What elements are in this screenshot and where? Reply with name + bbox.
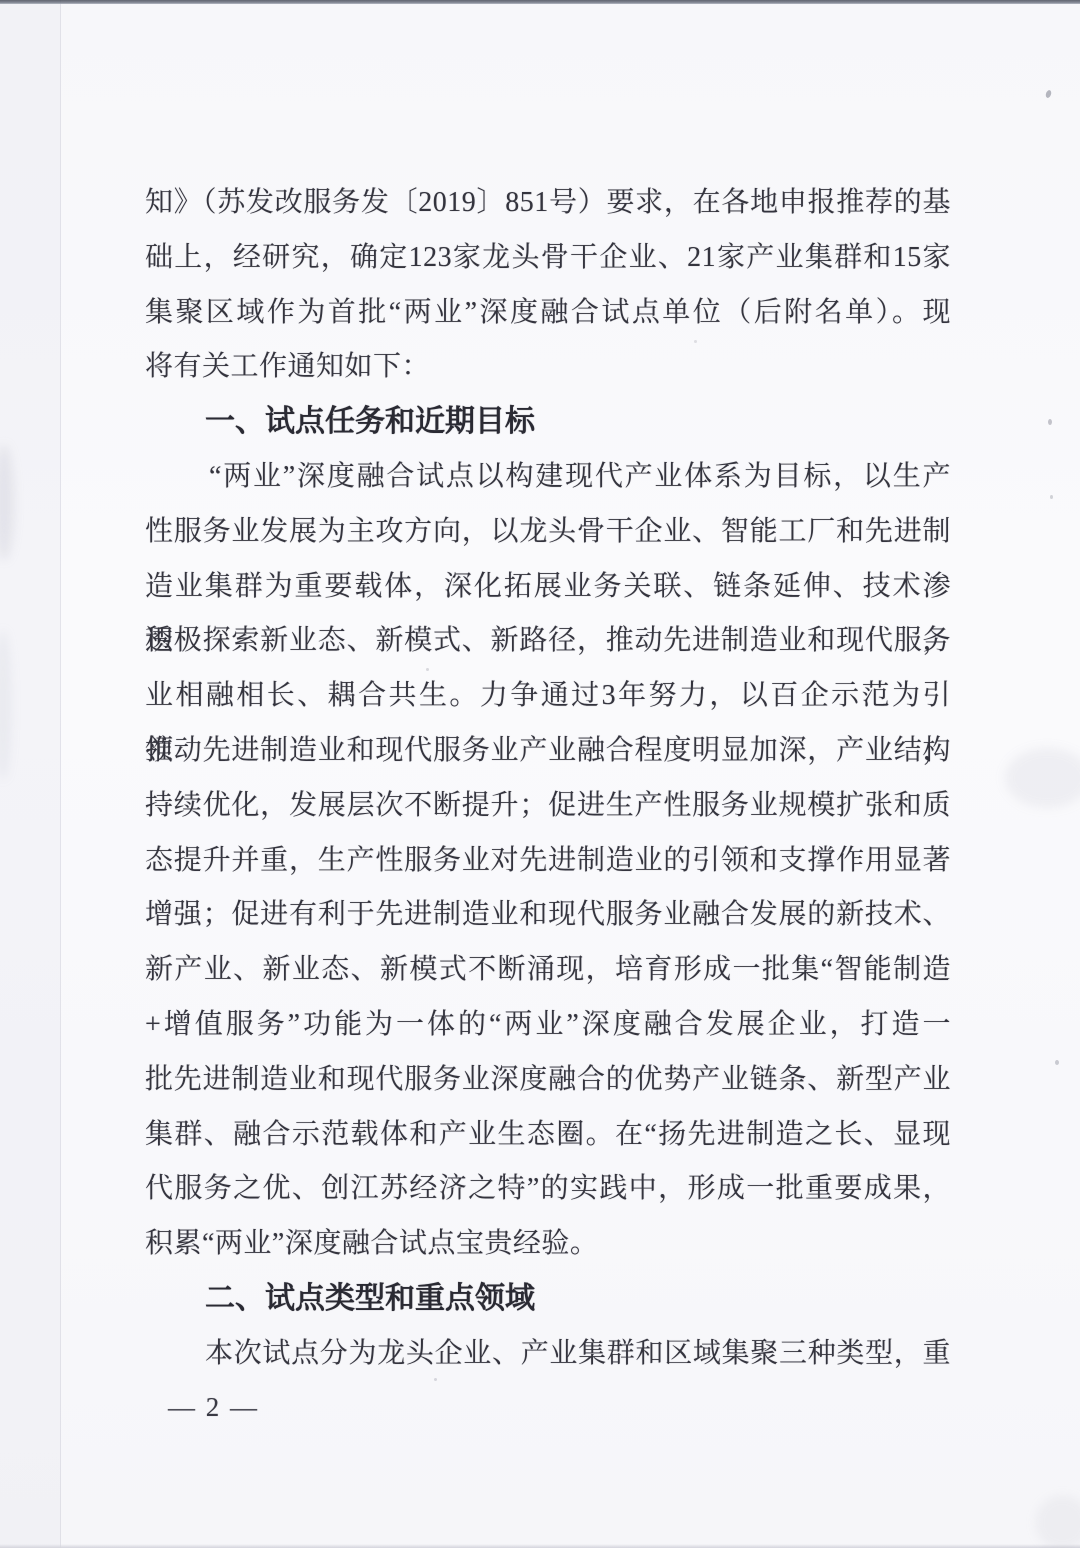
scan-speck <box>1048 419 1052 425</box>
text-line: 积累“两业”深度融合试点宝贵经验。 <box>145 1217 951 1272</box>
page-number: — 2 — <box>168 1392 259 1423</box>
text-line: “两业”深度融合试点以构建现代产业体系为目标，以生产 <box>145 450 951 505</box>
scan-smudge <box>1005 748 1080 808</box>
scan-top-edge <box>0 0 1080 4</box>
scan-speck <box>1050 495 1053 499</box>
text-line: 业相融相长、耦合共生。力争通过3年努力，以百企示范为引领， <box>145 669 951 724</box>
text-line: 新产业、新业态、新模式不断涌现，培育形成一批集“智能制造 <box>145 943 951 998</box>
text-line: 态提升并重，生产性服务业对先进制造业的引领和支撑作用显著 <box>145 834 951 889</box>
text-line: 造业集群为重要载体，深化拓展业务关联、链条延伸、技术渗透， <box>145 560 951 615</box>
text-line: 代服务之优、创江苏经济之特”的实践中，形成一批重要成果， <box>145 1162 951 1217</box>
text-line: 增强；促进有利于先进制造业和现代服务业融合发展的新技术、 <box>145 888 951 943</box>
text-line: 将有关工作通知如下： <box>145 340 951 395</box>
scan-speck <box>1055 1060 1059 1065</box>
text-line: 批先进制造业和现代服务业深度融合的优势产业链条、新型产业 <box>145 1053 951 1108</box>
scan-left-edge <box>0 0 61 1548</box>
text-line: 持续优化，发展层次不断提升；促进生产性服务业规模扩张和质 <box>145 779 951 834</box>
section-heading-pilot-types: 二、试点类型和重点领域 <box>145 1272 951 1327</box>
text-line: 础上，经研究，确定123家龙头骨干企业、21家产业集群和15家 <box>145 231 951 286</box>
text-line: 集群、融合示范载体和产业生态圈。在“扬先进制造之长、显现 <box>145 1108 951 1163</box>
text-line: +增值服务”功能为一体的“两业”深度融合发展企业，打造一 <box>145 998 951 1053</box>
text-line: 本次试点分为龙头企业、产业集群和区域集聚三种类型，重 <box>145 1327 951 1382</box>
text-line: 集聚区域作为首批“两业”深度融合试点单位（后附名单）。现 <box>145 286 951 341</box>
scan-bottom-edge <box>0 1544 1080 1548</box>
text-line: 性服务业发展为主攻方向，以龙头骨干企业、智能工厂和先进制 <box>145 505 951 560</box>
text-line: 知》（苏发改服务发〔2019〕851号）要求，在各地申报推荐的基 <box>145 176 951 231</box>
text-line: 推动先进制造业和现代服务业产业融合程度明显加深，产业结构 <box>145 724 951 779</box>
scan-smudge <box>1035 1495 1080 1548</box>
section-heading-pilot-tasks: 一、试点任务和近期目标 <box>145 395 951 450</box>
text-line: 积极探索新业态、新模式、新路径，推动先进制造业和现代服务 <box>145 614 951 669</box>
document-body-text: 知》（苏发改服务发〔2019〕851号）要求，在各地申报推荐的基 础上，经研究，… <box>145 176 951 1382</box>
